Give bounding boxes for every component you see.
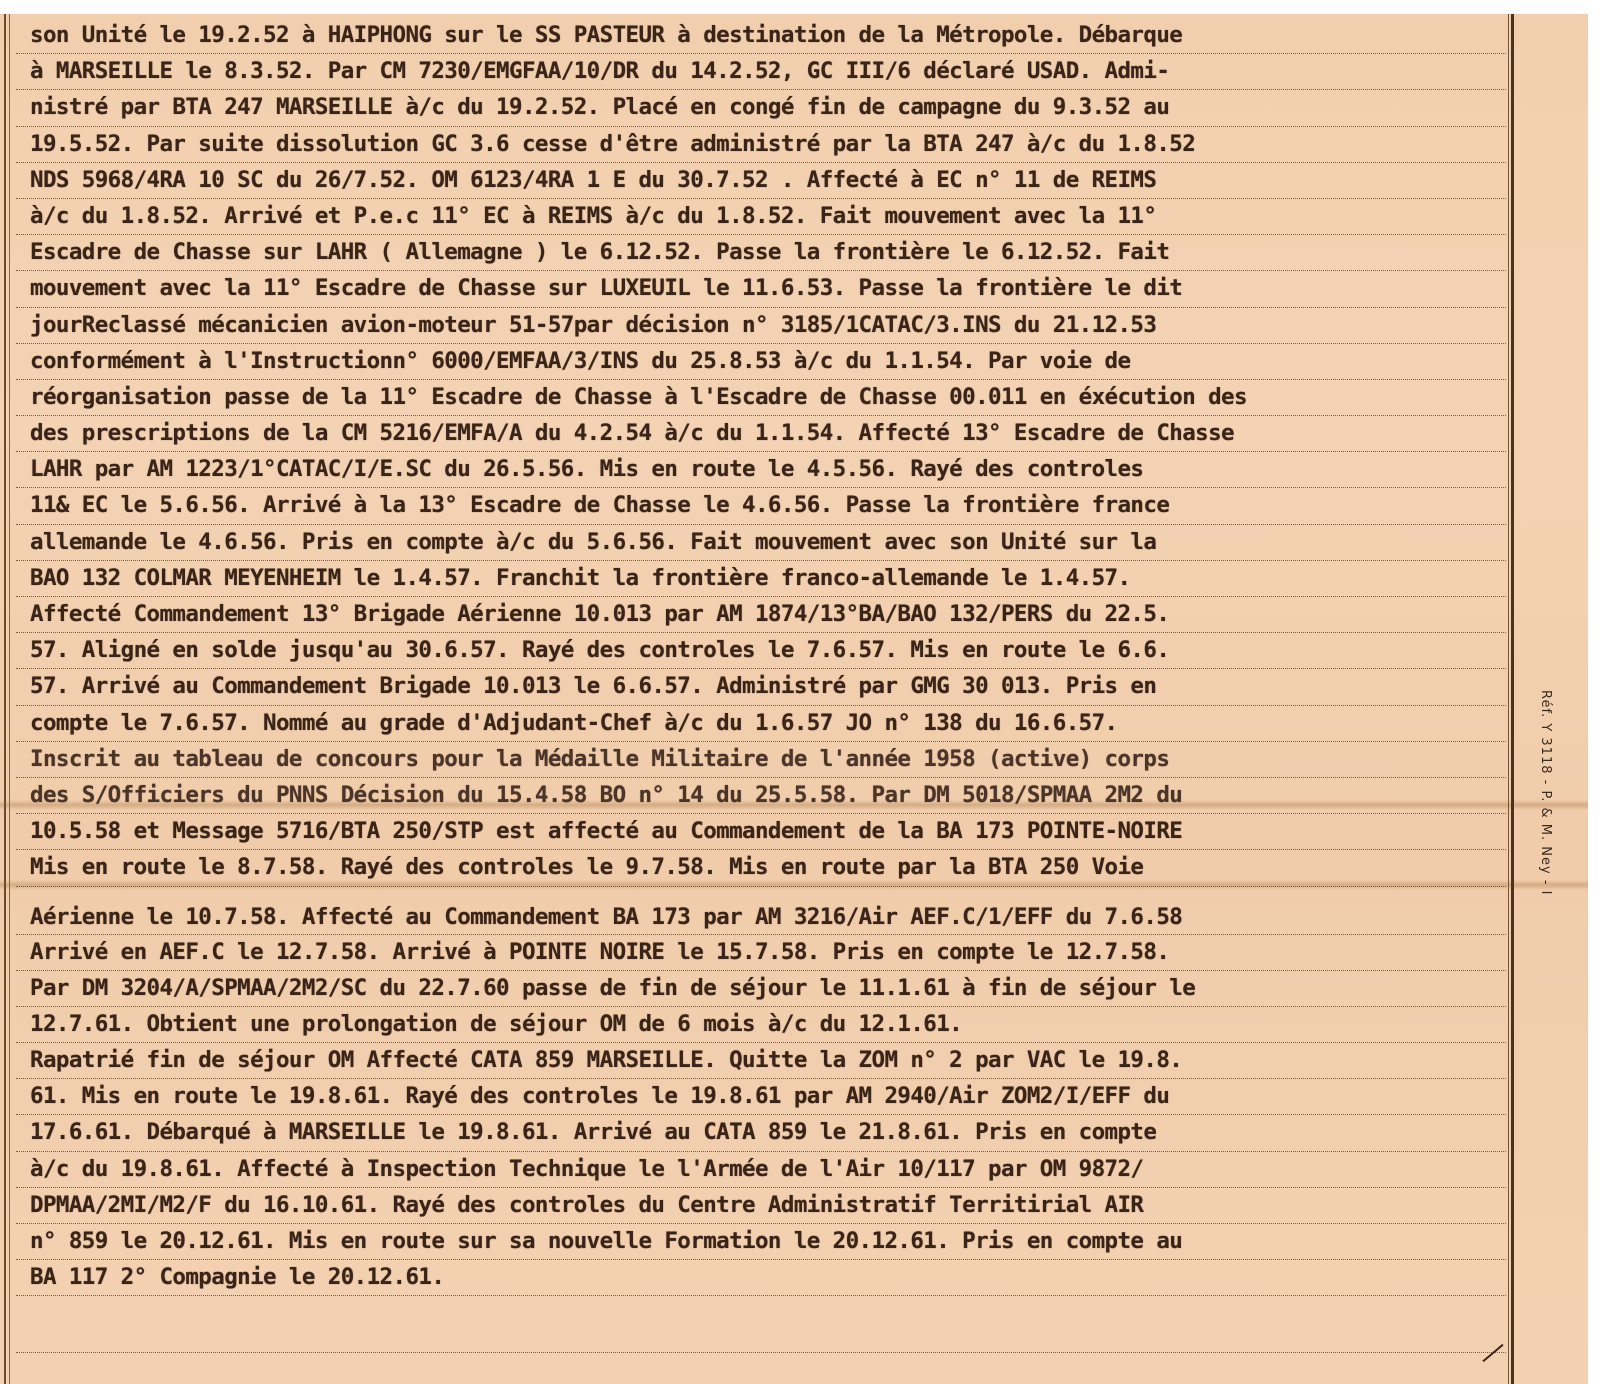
text-line: Rapatrié fin de séjour OM Affecté CATA 8… bbox=[16, 1043, 1506, 1079]
form-reference-label: Réf. Y 3118 - P. & M. Ney - I bbox=[1538, 690, 1553, 896]
text-line: n° 859 le 20.12.61. Mis en route sur sa … bbox=[16, 1224, 1506, 1260]
text-line: 57. Aligné en solde jusqu'au 30.6.57. Ra… bbox=[16, 633, 1506, 669]
text-line: son Unité le 19.2.52 à HAIPHONG sur le S… bbox=[16, 18, 1506, 54]
text-line: 10.5.58 et Message 5716/BTA 250/STP est … bbox=[16, 814, 1506, 850]
text-line: allemande le 4.6.56. Pris en compte à/c … bbox=[16, 525, 1506, 561]
text-line: Mis en route le 8.7.58. Rayé des control… bbox=[16, 850, 1506, 886]
left-margin-rule bbox=[4, 14, 10, 1384]
text-line: des S/Officiers du PNNS Décision du 15.4… bbox=[16, 778, 1506, 814]
text-line: à MARSEILLE le 8.3.52. Par CM 7230/EMGFA… bbox=[16, 54, 1506, 90]
text-line: mouvement avec la 11° Escadre de Chasse … bbox=[16, 271, 1506, 307]
text-line: compte le 7.6.57. Nommé au grade d'Adjud… bbox=[16, 706, 1506, 742]
text-line: 57. Arrivé au Commandement Brigade 10.01… bbox=[16, 669, 1506, 705]
text-line: jourReclassé mécanicien avion-moteur 51-… bbox=[16, 308, 1506, 344]
text-line: LAHR par AM 1223/1°CATAC/I/E.SC du 26.5.… bbox=[16, 452, 1506, 488]
text-line: Inscrit au tableau de concours pour la M… bbox=[16, 742, 1506, 778]
empty-ruled-line bbox=[16, 1352, 1506, 1353]
text-line: 11& EC le 5.6.56. Arrivé à la 13° Escadr… bbox=[16, 488, 1506, 524]
text-line: à/c du 1.8.52. Arrivé et P.e.c 11° EC à … bbox=[16, 199, 1506, 235]
text-line: 17.6.61. Débarqué à MARSEILLE le 19.8.61… bbox=[16, 1115, 1506, 1151]
text-line: nistré par BTA 247 MARSEILLE à/c du 19.2… bbox=[16, 90, 1506, 126]
text-line: BA 117 2° Compagnie le 20.12.61. bbox=[16, 1260, 1506, 1296]
text-line: Aérienne le 10.7.58. Affecté au Commande… bbox=[16, 887, 1506, 935]
text-line: Par DM 3204/A/SPMAA/2M2/SC du 22.7.60 pa… bbox=[16, 971, 1506, 1007]
text-line: conformément à l'Instructionn° 6000/EMFA… bbox=[16, 344, 1506, 380]
text-line: à/c du 19.8.61. Affecté à Inspection Tec… bbox=[16, 1152, 1506, 1188]
text-line: des prescriptions de la CM 5216/EMFA/A d… bbox=[16, 416, 1506, 452]
text-line: réorganisation passe de la 11° Escadre d… bbox=[16, 380, 1506, 416]
text-line: Affecté Commandement 13° Brigade Aérienn… bbox=[16, 597, 1506, 633]
text-line: Escadre de Chasse sur LAHR ( Allemagne )… bbox=[16, 235, 1506, 271]
text-line: DPMAA/2MI/M2/F du 16.10.61. Rayé des con… bbox=[16, 1188, 1506, 1224]
text-line: 12.7.61. Obtient une prolongation de séj… bbox=[16, 1007, 1506, 1043]
text-line: NDS 5968/4RA 10 SC du 26/7.52. OM 6123/4… bbox=[16, 163, 1506, 199]
right-margin-rule bbox=[1508, 14, 1514, 1384]
text-line: BAO 132 COLMAR MEYENHEIM le 1.4.57. Fran… bbox=[16, 561, 1506, 597]
text-line: Arrivé en AEF.C le 12.7.58. Arrivé à POI… bbox=[16, 935, 1506, 971]
text-line: 61. Mis en route le 19.8.61. Rayé des co… bbox=[16, 1079, 1506, 1115]
text-line: 19.5.52. Par suite dissolution GC 3.6 ce… bbox=[16, 127, 1506, 163]
typed-record-text: son Unité le 19.2.52 à HAIPHONG sur le S… bbox=[16, 18, 1506, 1296]
